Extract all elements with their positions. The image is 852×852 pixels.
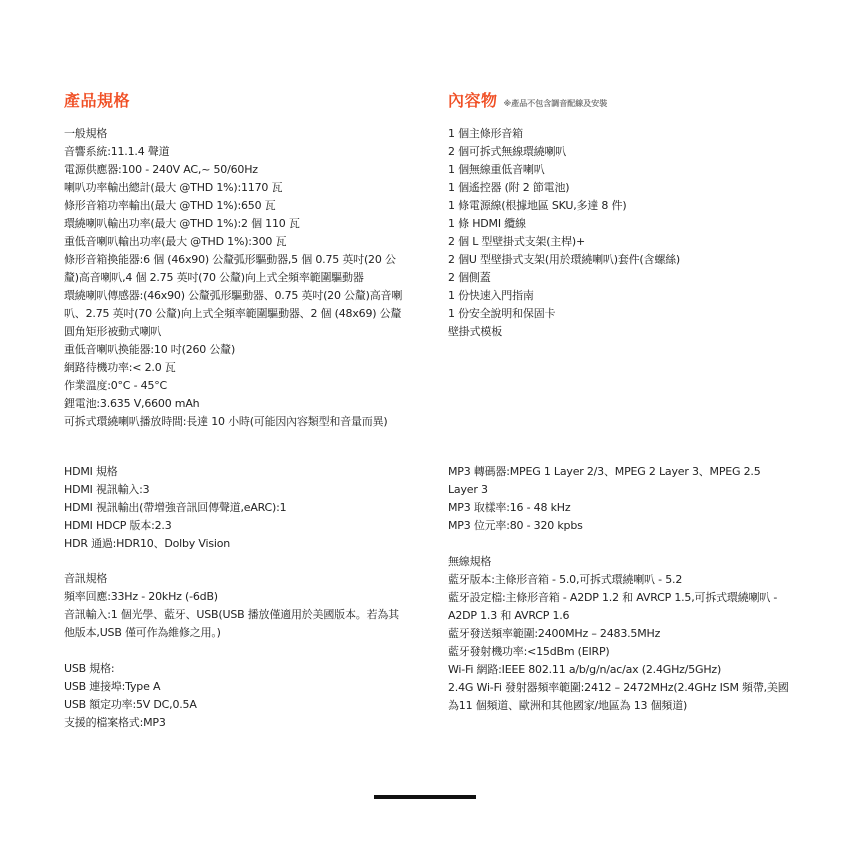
content-item: 1 個無線重低音喇叭	[448, 161, 793, 179]
spec-line: 喇叭功率輸出總計(最大 @THD 1%):1170 瓦	[64, 179, 409, 197]
spec-line: 2.4G Wi-Fi 發射器頻率範圍:2412 – 2472MHz(2.4GHz…	[448, 679, 793, 715]
content-item: 1 份快速入門指南	[448, 287, 793, 305]
spec-line: HDR 通過:HDR10、Dolby Vision	[64, 535, 409, 553]
spec-line: 可拆式環繞喇叭播放時間:長達 10 小時(可能因內容類型和音量而異)	[64, 413, 409, 431]
spec-line: 條形音箱功率輸出(最大 @THD 1%):650 瓦	[64, 197, 409, 215]
spec-line: 作業溫度:0°C - 45°C	[64, 377, 409, 395]
hdmi-specs-heading: HDMI 規格	[64, 463, 409, 481]
spec-line: 支援的檔案格式:MP3	[64, 714, 409, 732]
spec-line: MP3 位元率:80 - 320 kpbs	[448, 517, 788, 535]
wireless-specs-section: 無線規格 藍牙版本:主條形音箱 - 5.0,可拆式環繞喇叭 - 5.2 藍牙設定…	[448, 553, 793, 715]
spec-line: 電源供應器:100 - 240V AC,~ 50/60Hz	[64, 161, 409, 179]
content-item: 1 條電源線(根據地區 SKU,多達 8 件)	[448, 197, 793, 215]
product-specs-title: 產品規格	[64, 88, 130, 111]
content-item: 1 個遙控器 (附 2 節電池)	[448, 179, 793, 197]
spec-line: 頻率回應:33Hz - 20kHz (-6dB)	[64, 588, 409, 606]
spec-line: 藍牙設定檔:主條形音箱 - A2DP 1.2 和 AVRCP 1.5,可拆式環繞…	[448, 589, 793, 625]
usb-specs-section: USB 規格: USB 連接埠:Type A USB 額定功率:5V DC,0.…	[64, 660, 409, 732]
spec-line: 音響系統:11.1.4 聲道	[64, 143, 409, 161]
product-specs-column: 產品規格 一般規格 音響系統:11.1.4 聲道 電源供應器:100 - 240…	[64, 88, 409, 431]
general-specs-section: 一般規格 音響系統:11.1.4 聲道 電源供應器:100 - 240V AC,…	[64, 125, 409, 431]
package-contents-list: 1 個主條形音箱 2 個可拆式無線環繞喇叭 1 個無線重低音喇叭 1 個遙控器 …	[448, 125, 793, 341]
audio-specs-section: 音訊規格 頻率回應:33Hz - 20kHz (-6dB) 音訊輸入:1 個光學…	[64, 570, 409, 642]
spec-line: 條形音箱換能器:6 個 (46x90) 公釐弧形驅動器,5 個 0.75 英吋(…	[64, 251, 409, 287]
spec-line: 網路待機功率:< 2.0 瓦	[64, 359, 409, 377]
spec-line: HDMI 視訊輸出(帶增強音訊回傳聲道,eARC):1	[64, 499, 409, 517]
spec-line: MP3 轉碼器:MPEG 1 Layer 2/3、MPEG 2 Layer 3、…	[448, 463, 788, 499]
spec-line: MP3 取樣率:16 - 48 kHz	[448, 499, 788, 517]
content-item: 2 個側蓋	[448, 269, 793, 287]
spec-line: 環繞喇叭輸出功率(最大 @THD 1%):2 個 110 瓦	[64, 215, 409, 233]
spec-line: HDMI 視訊輸入:3	[64, 481, 409, 499]
spec-line: 鋰電池:3.635 V,6600 mAh	[64, 395, 409, 413]
general-specs-heading: 一般規格	[64, 125, 409, 143]
content-item: 壁掛式模板	[448, 323, 793, 341]
spec-line: 重低音喇叭輸出功率(最大 @THD 1%):300 瓦	[64, 233, 409, 251]
spec-line: 藍牙發射機功率:<15dBm (EIRP)	[448, 643, 793, 661]
package-contents-title-row: 內容物 ※產品不包含調音配線及安裝	[448, 88, 793, 112]
spec-line: HDMI HDCP 版本:2.3	[64, 517, 409, 535]
package-contents-column: 內容物 ※產品不包含調音配線及安裝 1 個主條形音箱 2 個可拆式無線環繞喇叭 …	[448, 88, 793, 341]
content-item: 1 份安全說明和保固卡	[448, 305, 793, 323]
bottom-divider-bar	[374, 795, 476, 799]
content-item: 2 個可拆式無線環繞喇叭	[448, 143, 793, 161]
content-item: 1 條 HDMI 纜線	[448, 215, 793, 233]
content-item: 2 個 L 型壁掛式支架(主桿)+	[448, 233, 793, 251]
spec-line: USB 額定功率:5V DC,0.5A	[64, 696, 409, 714]
package-contents-title: 內容物	[448, 88, 498, 111]
package-contents-note: ※產品不包含調音配線及安裝	[504, 98, 608, 109]
spec-line: 音訊輸入:1 個光學、藍牙、USB(USB 播放僅適用於美國版本。若為其他版本,…	[64, 606, 409, 642]
mp3-specs-section: MP3 轉碼器:MPEG 1 Layer 2/3、MPEG 2 Layer 3、…	[448, 463, 788, 535]
spec-line: 藍牙發送頻率範圍:2400MHz – 2483.5MHz	[448, 625, 793, 643]
product-specs-title-row: 產品規格	[64, 88, 409, 112]
spec-line: USB 連接埠:Type A	[64, 678, 409, 696]
spec-line: 藍牙版本:主條形音箱 - 5.0,可拆式環繞喇叭 - 5.2	[448, 571, 793, 589]
audio-specs-heading: 音訊規格	[64, 570, 409, 588]
content-item: 1 個主條形音箱	[448, 125, 793, 143]
usb-specs-heading: USB 規格:	[64, 660, 409, 678]
wireless-specs-heading: 無線規格	[448, 553, 793, 571]
hdmi-specs-section: HDMI 規格 HDMI 視訊輸入:3 HDMI 視訊輸出(帶增強音訊回傳聲道,…	[64, 463, 409, 553]
content-item: 2 個U 型壁掛式支架(用於環繞喇叭)套件(含螺絲)	[448, 251, 793, 269]
spec-line: 環繞喇叭傳感器:(46x90) 公釐弧形驅動器、0.75 英吋(20 公釐)高音…	[64, 287, 409, 341]
spec-line: 重低音喇叭換能器:10 吋(260 公釐)	[64, 341, 409, 359]
spec-line: Wi-Fi 網路:IEEE 802.11 a/b/g/n/ac/ax (2.4G…	[448, 661, 793, 679]
